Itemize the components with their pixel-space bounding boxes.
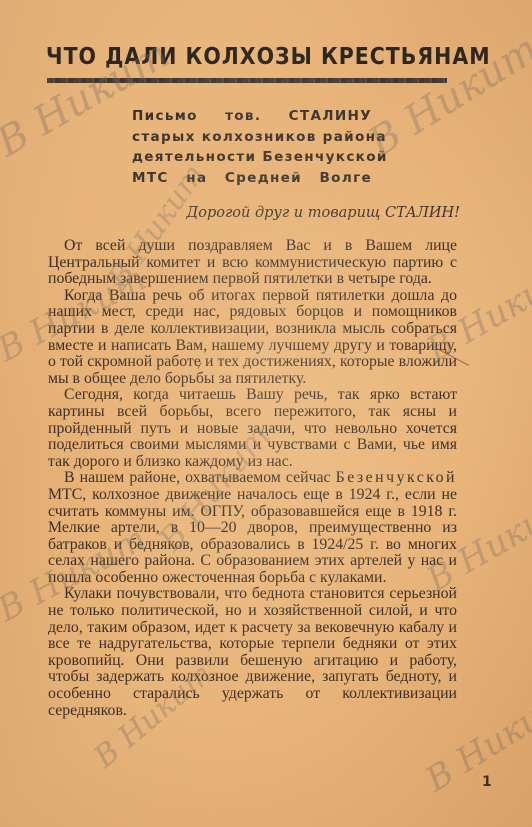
page-title: Что дали колхозы крестьянам (46, 43, 456, 70)
subtitle-line-4: МТС на Средней Волге (132, 168, 372, 189)
letter-body: От всей души поздравляем Вас и в Вашем л… (48, 238, 457, 719)
letter-salutation: Дорогой друг и товарищ СТАЛИН! (186, 205, 460, 221)
subtitle-line-3: деятельности Безенчукской (132, 147, 372, 168)
paragraph-4-spaced-name: Безенчукской (336, 469, 457, 486)
subtitle-line-2: старых колхозников района (132, 127, 372, 148)
paragraph-4: В нашем районе, охватываемом сейчас Безе… (48, 470, 457, 586)
scanned-book-page: Что дали колхозы крестьянам Письмо тов. … (0, 0, 532, 827)
paragraph-4-start: В нашем районе, охватываемом сейчас (64, 469, 336, 486)
paragraph-3: Сегодня, когда читаешь Вашу речь, так яр… (48, 387, 457, 470)
paragraph-4-end: МТС, колхозное движение началось еще в 1… (48, 486, 457, 586)
paragraph-1: От всей души поздравляем Вас и в Вашем л… (48, 238, 457, 288)
page-number: 1 (482, 774, 492, 790)
title-underline-rule (47, 78, 447, 83)
subtitle-line-1: Письмо тов. СТАЛИНУ (132, 106, 372, 127)
paragraph-2: Когда Ваша речь об итогах первой пятилет… (48, 288, 457, 388)
letter-subtitle: Письмо тов. СТАЛИНУ старых колхозников р… (132, 106, 372, 188)
paragraph-5: Кулаки почувствовали, что беднота станов… (48, 586, 457, 719)
